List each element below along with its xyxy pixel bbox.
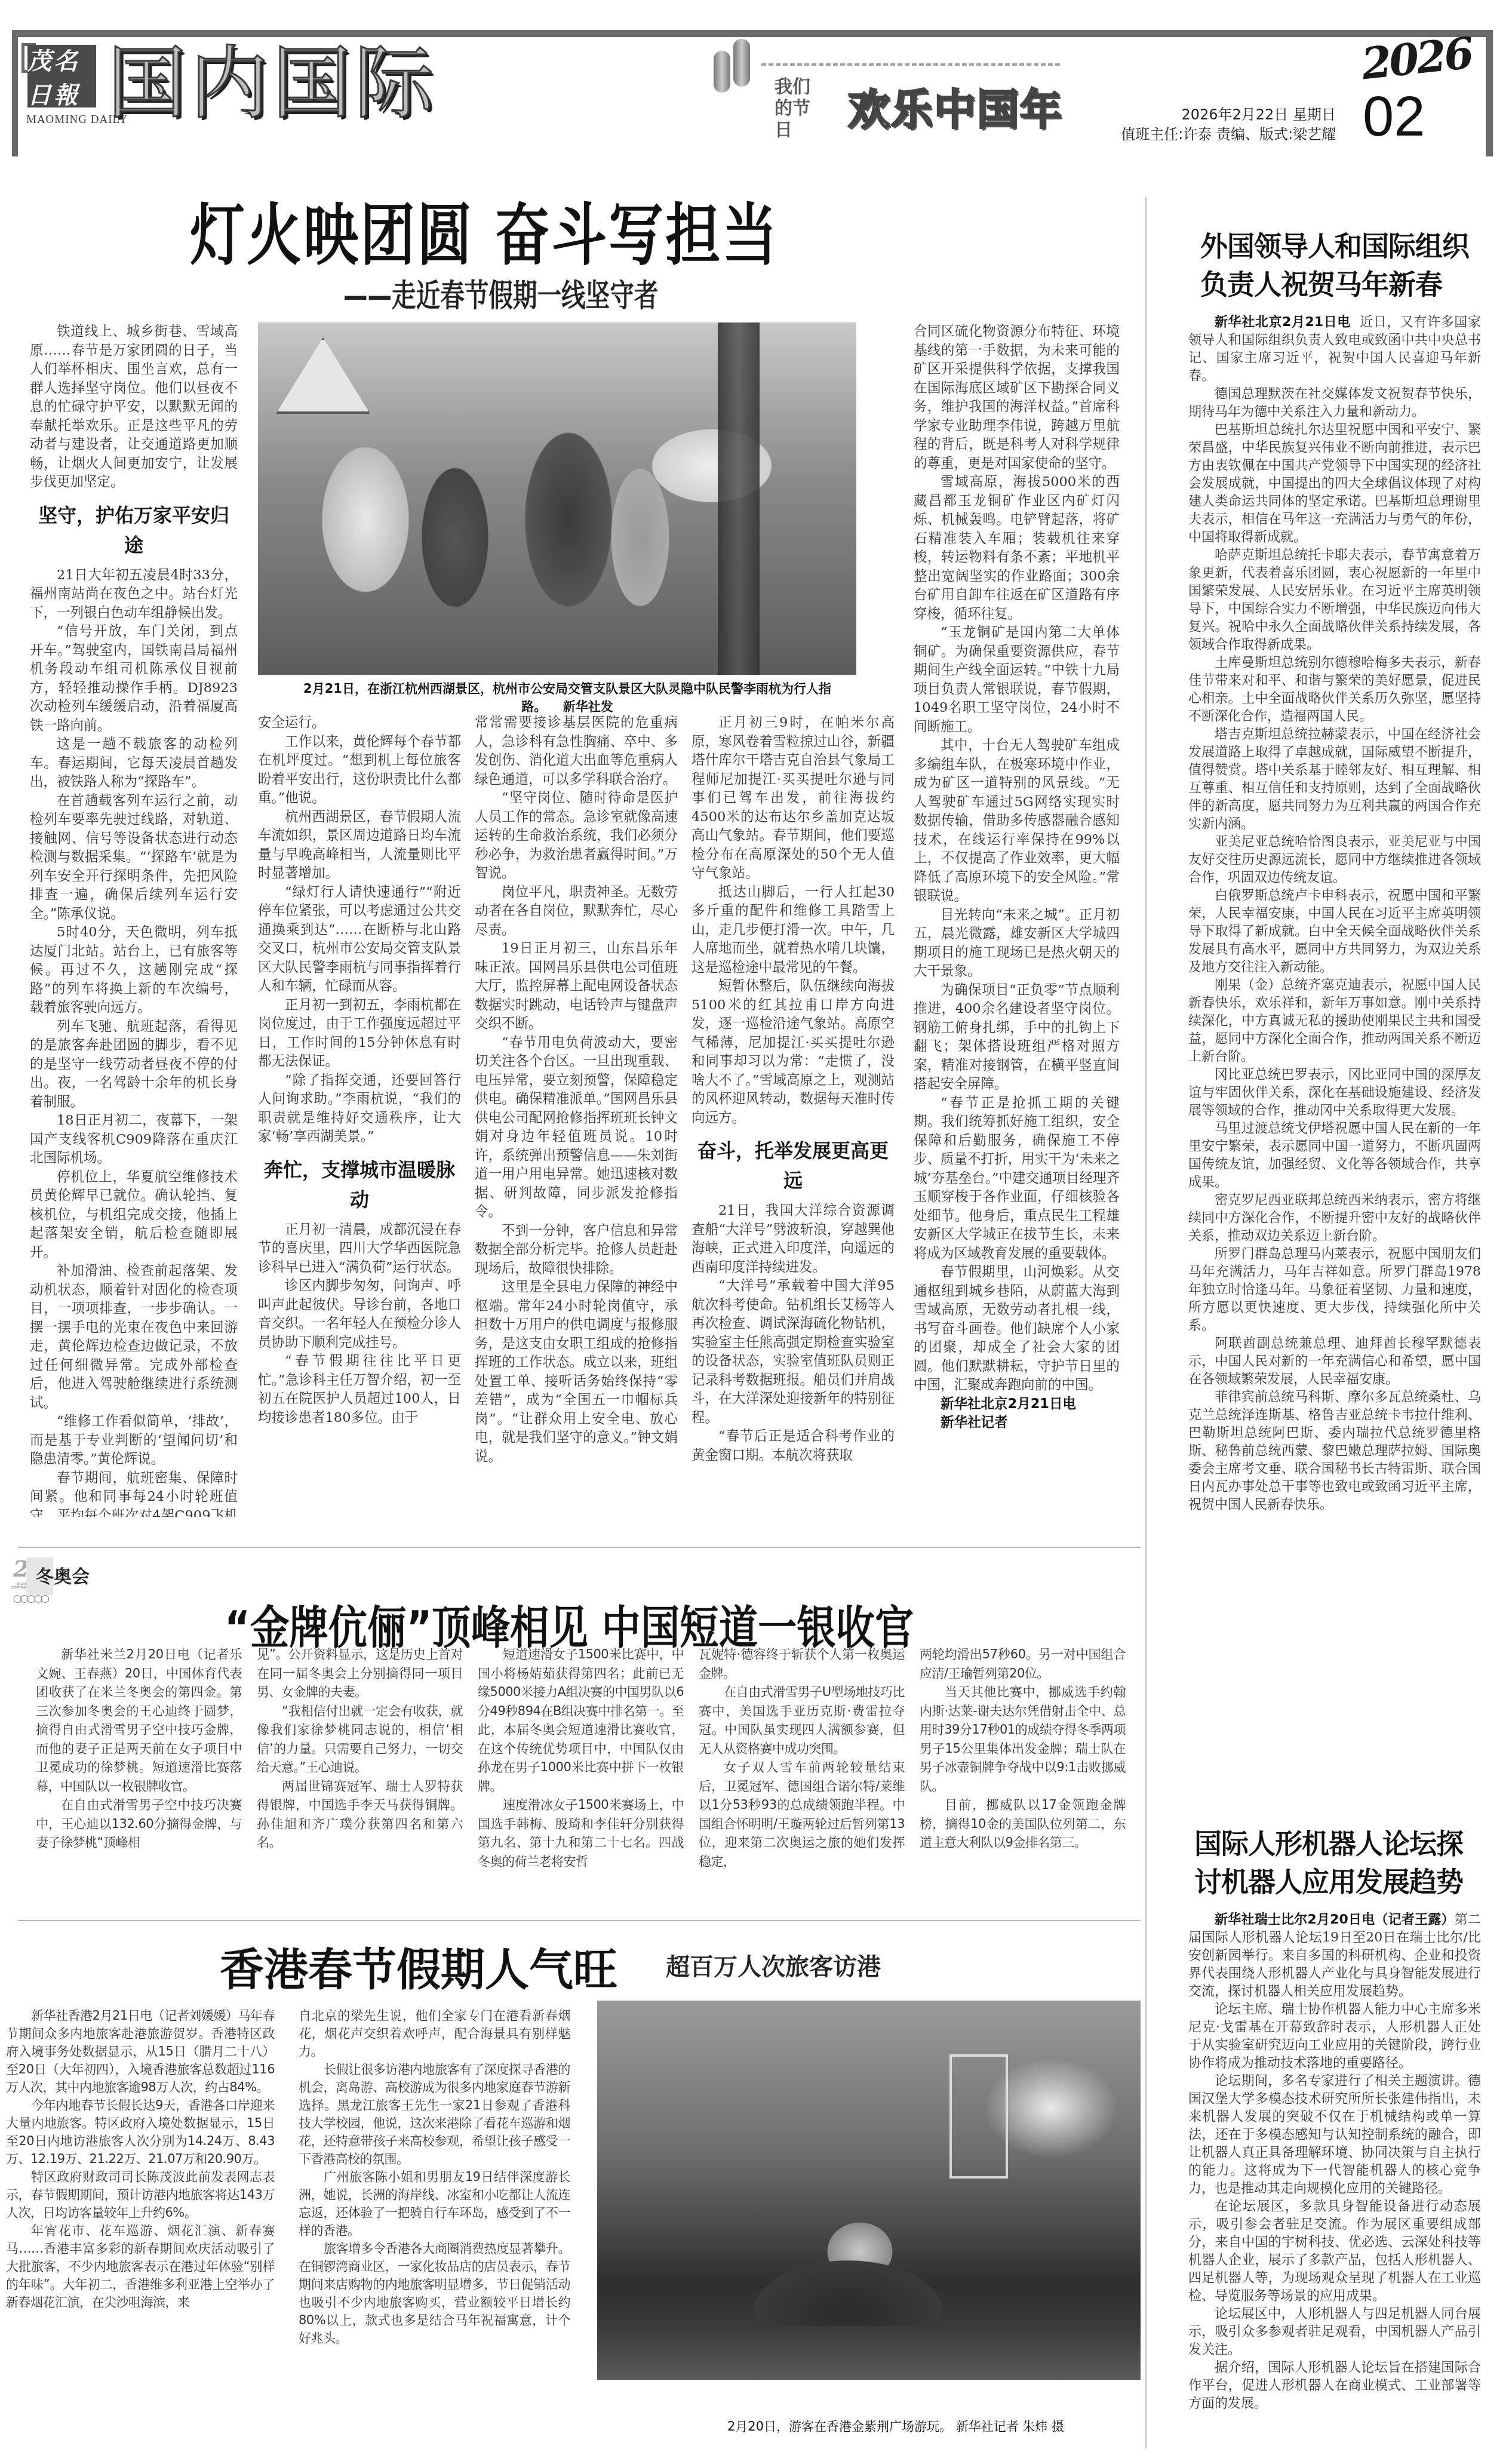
paragraph: “玉龙铜矿是国内第二大单体铜矿。为确保重要资源供应，春节期间生产线全面运转。”中…: [914, 623, 1120, 736]
dateline: 新华社北京2月21日电: [914, 1395, 1120, 1414]
paragraph: 其中，十台无人驾驶矿车组成多编组车队，在极寒环境中作业，成为矿区一道特别的风景线…: [914, 736, 1120, 906]
column-divider: [1145, 197, 1147, 2448]
paragraph: 论坛展区中，人形机器人与四足机器人同台展示，吸引众多参观者驻足观看，中国机器人产…: [1188, 2305, 1481, 2359]
paragraph: 旅客增多令香港各大商圈消费热度显著攀升。在铜锣湾商业区，一家化妆品店的店员表示，…: [299, 2239, 570, 2347]
author-credit: 新华社记者: [914, 1414, 1120, 1433]
paragraph: 在首趟载客列车运行之前，动检列车要率先驶过线路，对轨道、接触网、信号等设备状态进…: [30, 792, 238, 924]
paragraph: “春节后正是适合科考作业的黄金窗口期。本航次将获取: [692, 1427, 895, 1465]
hongkong-subheadline: 超百万人次旅客访港: [666, 1948, 881, 1982]
paragraph: 德国总理默茨在社交媒体发文祝贺春节快乐，期待马年为德中关系注入力量和新动力。: [1188, 385, 1481, 421]
paragraph: 为确保项目“正负零”节点顺利推进，400余名建设者坚守岗位。钢筋工俯身扎绑，手中…: [914, 981, 1120, 1094]
olympics-column-2: 见”。公开资料显示，这是历史上首对在同一届冬奥会上分别摘得同一项目男、女金牌的夫…: [257, 1645, 463, 1896]
photo-credit: 新华社发: [563, 699, 613, 714]
article-intro: 铁道线上、城乡街巷、雪域高原……春节是万家团圆的日子，当人们举杯相庆、围坐言欢，…: [30, 322, 238, 492]
feature-column-1: 铁道线上、城乡街巷、雪域高原……春节是万家团圆的日子，当人们举杯相庆、围坐言欢，…: [30, 322, 238, 1517]
section-divider: [18, 1547, 1141, 1548]
paragraph: 密克罗尼西亚联邦总统西米纳表示，密方将继续同中方深化合作，不断提升密中友好的战略…: [1188, 1191, 1481, 1245]
paragraph: “信号开放，车门关闭，到点开车。”驾驶室内，国铁南昌局福州机务段动车组司机陈承仪…: [30, 622, 238, 735]
paragraph: 补加滑油、检查前起落架、发动机状态，顺着针对固化的检查项目，一项项排查，一步步确…: [30, 1262, 238, 1412]
paragraph: 正月初一清晨，成都沉浸在春节的喜庆里，四川大学华西医院急诊科早已进入“满负荷”运…: [258, 1221, 461, 1277]
paragraph: 女子双人雪车前两轮较量结束后，卫冕冠军、德国组合诺尔特/莱维以1分53秒93的总…: [699, 1758, 905, 1871]
paragraph: 列车飞驰、航班起落，看得见的是旅客奔赴团圆的脚步，看不见的是坚守一线劳动者昼夜不…: [30, 1018, 238, 1112]
section-divider: [18, 1920, 1141, 1921]
paragraph: 在自由式滑雪男子空中技巧决赛中，王心迪以132.60分摘得金牌，与妻子徐梦桃“顶…: [36, 1796, 242, 1852]
hongkong-headline: 香港春节假期人气旺: [220, 1935, 617, 1998]
newspaper-logo-text: 茂名日報: [27, 42, 96, 110]
paragraph: “坚守岗位、随时待命是医护人员工作的常态。急诊室就像高速运转的生命救治系统，我们…: [475, 789, 678, 883]
page-number: 02: [1363, 88, 1425, 145]
newspaper-logo: 茂名日報: [27, 45, 96, 107]
paragraph: 这是一趟不载旅客的动检列车。春运期间，它每天凌晨首趟发出，被铁路人称为“探路车”…: [30, 735, 238, 792]
paragraph: 据介绍，国际人形机器人论坛旨在搭建国际合作平台，促进人形机器人在商业模式、工业部…: [1188, 2359, 1481, 2413]
feature-column-3: 常常需要接诊基层医院的危重病人，急诊科有急性胸痛、卒中、多发创伤、消化道大出血等…: [475, 714, 678, 1517]
paragraph: 诊区内脚步匆匆，问询声、呼叫声此起彼伏。导诊台前，各地口音交织。一名年轻人在预检…: [258, 1277, 461, 1352]
paragraph: “我相信付出就一定会有收获，就像我们家徐梦桃同志说的，相信‘相信’的力量。只需要…: [257, 1702, 463, 1777]
paragraph: 土库曼斯坦总统别尔德穆哈梅多夫表示，新春佳节带来对和平、和谐与繁荣的美好愿景，促…: [1188, 654, 1481, 726]
feature-photo-caption: 2月21日，在浙江杭州西湖景区，杭州市公安局交管支队景区大队灵隐中队民警李雨杭为…: [299, 680, 836, 715]
paragraph: 新华社香港2月21日电（记者刘媛媛）马年春节期间众多内地旅客赴港旅游贺岁。香港特…: [6, 2007, 275, 2096]
feature-column-4: 正月初三9时，在帕米尔高原，寒风卷着雪粒掠过山谷，新疆塔什库尔干塔吉克自治县气象…: [692, 714, 895, 1517]
paragraph: 今年内地春节长假长达9天，香港各口岸迎来大量内地旅客。特区政府入境处数据显示，1…: [6, 2096, 275, 2168]
hongkong-column-1: 新华社香港2月21日电（记者刘媛媛）马年春节期间众多内地旅客赴港旅游贺岁。香港特…: [6, 2007, 275, 2448]
paragraph: 两届世锦赛冠军、瑞士人罗特获得银牌，中国选手李天马获得铜牌。孙佳旭和齐广璞分获第…: [257, 1777, 463, 1852]
sidebar-greetings-body: 新华社北京2月21日电 近日，又有许多国家领导人和国际组织负责人致电或致函中共中…: [1188, 314, 1481, 1759]
paragraph: 哈萨克斯坦总统托卡耶夫表示，春节寓意着万象更新，代表着喜乐团圆，衷心祝愿新的一年…: [1188, 546, 1481, 654]
paragraph: 速度滑冰女子1500米赛场上，中国选手韩梅、殷琦和李佳轩分别获得第九名、第十九和…: [478, 1796, 684, 1871]
paragraph: “春节正是抢抓工期的关键期。我们统筹抓好施工组织，安全保障和后勤服务，确保施工不…: [914, 1094, 1120, 1264]
paragraph: 目光转向“未来之城”。正月初五，晨光微露，雄安新区大学城四期项目的施工现场已是热…: [914, 906, 1120, 981]
feature-column-5: 合同区硫化物资源分布特征、环境基线的第一手数据，为未来可能的矿区开采提供科学依据…: [914, 322, 1120, 1517]
paragraph: 所罗门群岛总理马内莱表示，祝愿中国朋友们马年充满活力，马年吉祥如意。所罗门群岛1…: [1188, 1245, 1481, 1335]
hongkong-photo-caption: 2月20日，游客在香港金紫荆广场游玩。 新华社记者 朱炜 摄: [657, 2417, 1135, 2435]
paragraph: 21日，我国大洋综合资源调查船“大洋号”劈波斩浪，穿越巽他海峡，正式进入印度洋，…: [692, 1202, 895, 1277]
paragraph: “春节用电负荷波动大，要密切关注各个台区。一旦出现重载、电压异常，要立刻预警，保…: [475, 1034, 678, 1222]
paragraph: 年宵花市、花车巡游、烟花汇演、新春赛马……香港丰富多彩的新春期间欢庆活动吸引了大…: [6, 2222, 275, 2311]
festival-label: 我们的节日: [775, 76, 822, 141]
sidebar-headline: 外国领导人和国际组织负责人祝贺马年新春: [1200, 227, 1487, 303]
paragraph: 抵达山脚后，一行人扛起30多斤重的配件和维修工具踏雪上山，走几步便打滑一次。中午…: [692, 883, 895, 978]
hongkong-photo: [597, 2001, 1141, 2380]
sidebar-headline: 国际人形机器人论坛探讨机器人应用发展趋势: [1194, 1824, 1487, 1901]
paragraph: 目前，挪威队以17金领跑金牌榜，摘得10金的美国队位列第二，东道主意大利队以9金…: [920, 1796, 1126, 1852]
paragraph: 21日大年初五凌晨4时33分，福州南站尚在夜色之中。站台灯光下，一列银白色动车组…: [30, 566, 238, 623]
lantern-icon: [733, 39, 750, 87]
lattice-ornament-top: [761, 36, 1060, 66]
dateline: 新华社瑞士比尔2月20日电（记者王露）: [1215, 1912, 1455, 1927]
paragraph: 自北京的梁先生说，他们全家专门在港看新春烟花，烟花声交织着欢呼声，配合海景具有别…: [299, 2007, 570, 2060]
paragraph: 工作以来，黄伦辉每个春节都在机坪度过。“想到机上每位旅客盼着平安出行，这份职责比…: [258, 733, 461, 808]
section-heading: 坚守，护佑万家平安归途: [30, 500, 238, 560]
feature-column-2: 安全运行。 工作以来，黄伦辉每个春节都在机坪度过。“想到机上每位旅客盼着平安出行…: [258, 714, 461, 1517]
feature-headline: 灯火映团圆 奋斗写担当: [190, 197, 779, 275]
paragraph: 阿联酋副总统兼总理、迪拜酋长穆罕默德表示，中国人民对新的一年充满信心和希望，愿中…: [1188, 1335, 1481, 1388]
paragraph: 这里是全县电力保障的神经中枢端。常年24小时轮岗值守，承担数十万用户的供电调度与…: [475, 1278, 678, 1466]
festival-banner: 欢乐中国年: [848, 76, 1063, 137]
paragraph: 当天其他比赛中，挪威选手约翰内斯·达莱-谢夫达尔凭借射击全中、总用时39分17秒…: [920, 1683, 1126, 1796]
olympics-column-4: 瓦妮特·德容终于斩获个人第一枚奥运金牌。 在自由式滑雪男子U型场地技巧比赛中，美…: [699, 1645, 905, 1896]
paragraph: 广州旅客陈小姐和男朋友19日结伴深度游长洲，她说，长洲的海岸线、冰室和小吃都让人…: [299, 2168, 570, 2239]
section-heading: 奋斗，托举发展更高更远: [692, 1136, 895, 1196]
paragraph: “维修工作看似简单，‘排故’，而是基于专业判断的‘望闻问切’和隐患清零。”黄伦辉…: [30, 1412, 238, 1469]
paragraph: “大洋号”承载着中国大洋95航次科考使命。钻机组长艾杨等人再次检查、调试深海硫化…: [692, 1277, 895, 1427]
paragraph: “绿灯行人请快速通行”“附近停车位紧张，可以考虑通过公共交通换乘到达”……在断桥…: [258, 883, 461, 996]
paragraph: 在论坛展区，多款具身智能设备进行动态展示，吸引参会者驻足交流。作为展区重要组成部…: [1188, 2198, 1481, 2305]
olympics-tag-label: 冬奥会: [36, 1562, 90, 1588]
paragraph: 短道速滑女子1500米比赛中，中国小将杨婧茹获得第四名；此前已无缘5000米接力…: [478, 1645, 684, 1796]
paragraph: 春节期间，航班密集、保障时间紧。他和同事每24小时轮班值守，平均每个班次对4架C…: [30, 1469, 238, 1517]
olympics-column-1: 新华社米兰2月20日电（记者乐文婉、王春燕）20日，中国体育代表团收获了在米兰冬…: [36, 1645, 242, 1896]
paragraph: 瓦妮特·德容终于斩获个人第一枚奥运金牌。: [699, 1645, 905, 1683]
section-title: 国内国际: [107, 39, 437, 128]
paragraph: 巴基斯坦总统扎尔达里祝愿中国和平安宁、繁荣昌盛，中华民族复兴伟业不断向前推进，表…: [1188, 421, 1481, 546]
paragraph: 春节假期里，山河焕彩。从交通枢纽到城乡巷陌，从蔚蓝大海到雪域高原，无数劳动者扎根…: [914, 1263, 1120, 1395]
section-heading: 奔忙，支撑城市温暖脉动: [258, 1155, 461, 1215]
olympics-column-5: 两轮均滑出57秒60。另一对中国组合应清/王瑜暂列第20位。 当天其他比赛中，挪…: [920, 1645, 1126, 1896]
issue-date: 2026年2月22日 星期日: [1181, 103, 1336, 124]
paragraph: 雪域高原，海拔5000米的西藏昌都玉龙铜矿作业区内矿灯闪烁、机械轰鸣。电铲臂起落…: [914, 473, 1120, 623]
paragraph: 马里过渡总统戈伊塔祝愿中国人民在新的一年里安宁繁荣，表示愿同中国一道努力，不断巩…: [1188, 1120, 1481, 1191]
paragraph: 见”。公开资料显示，这是历史上首对在同一届冬奥会上分别摘得同一项目男、女金牌的夫…: [257, 1645, 463, 1702]
paragraph: 常常需要接诊基层医院的危重病人，急诊科有急性胸痛、卒中、多发创伤、消化道大出血等…: [475, 714, 678, 789]
paragraph: 5时40分，天色微明，列车抵达厦门北站。站台上，已有旅客等候。再过不久，这趟刚完…: [30, 923, 238, 1018]
paragraph: 短暂休整后，队伍继续向海拔5100米的红其拉甫口岸方向进发，逐一巡检沿途气象站。…: [692, 977, 895, 1127]
paragraph: 18日正月初二，夜幕下，一架国产支线客机C909降落在重庆江北国际机场。: [30, 1111, 238, 1168]
olympic-rings-icon: ◯◯◯◯◯: [13, 1594, 48, 1603]
paragraph: 塔吉克斯坦总统拉赫蒙表示，中国在经济社会发展道路上取得了卓越成就，国际威望不断提…: [1188, 726, 1481, 833]
paragraph: 19日正月初三，山东昌乐年味正浓。国网昌乐县供电公司值班大厅，监控屏幕上配电网设…: [475, 939, 678, 1034]
paragraph: 亚美尼亚总统哈恰图良表示，亚美尼亚与中国友好交往历史源远流长，愿同中方继续推进各…: [1188, 833, 1481, 887]
paragraph: 两轮均滑出57秒60。另一对中国组合应清/王瑜暂列第20位。: [920, 1645, 1126, 1683]
paragraph: “除了指挥交通，还要回答行人问询求助。”李雨杭说，“我们的职责就是维持好交通秩序…: [258, 1071, 461, 1147]
editor-credits: 值班主任:许泰 责编、版式:梁艺耀: [1121, 122, 1336, 143]
paragraph: 停机位上，华夏航空维修技术员黄伦辉早已就位。确认轮挡、复核机位，与机组完成交接，…: [30, 1168, 238, 1262]
dateline: 新华社北京2月21日电: [1215, 315, 1351, 330]
paragraph: 长假让很多访港内地旅客有了深度探寻香港的机会，离岛游、高校游成为很多内地家庭春节…: [299, 2060, 570, 2168]
frame-border-right: [1486, 37, 1493, 156]
paragraph: 论坛期间，多名专家进行了相关主题演讲。德国汉堡大学多模态技术研究所所长张建伟指出…: [1188, 2072, 1481, 2198]
paragraph: 杭州西湖景区，春节假期人流车流如织，景区周边道路日均车流量与早晚高峰相当，人流量…: [258, 808, 461, 883]
paragraph: 岗位平凡，职责神圣。无数劳动者在各自岗位，默默奔忙，尽心尽责。: [475, 883, 678, 940]
paragraph: “春节假期往往比平日更忙。”急诊科主任万智介绍，初一至初五在院医护人员超过100…: [258, 1352, 461, 1427]
paragraph: 论坛主席、瑞士协作机器人能力中心主席多米尼克·戈雷基在开幕致辞时表示，人形机器人…: [1188, 2001, 1481, 2072]
sidebar-robots-body: 新华社瑞士比尔2月20日电（记者王露）第二届国际人形机器人论坛19日至20日在瑞…: [1188, 1911, 1481, 2448]
feature-subheadline: ——走近春节假期一线坚守者: [343, 271, 658, 315]
paragraph: 正月初一到初五，李雨杭都在岗位度过，由于工作强度远超过平日，工作时间的15分钟休…: [258, 996, 461, 1071]
paragraph: 菲律宾前总统马科斯、摩尔多瓦总统桑杜、乌克兰总统泽连斯基、格鲁吉亚总统卡韦拉什维…: [1188, 1388, 1481, 1514]
paragraph: 特区政府财政司司长陈茂波此前发表网志表示，春节假期期间，预计访港内地旅客将达14…: [6, 2168, 275, 2222]
paragraph: 冈比亚总统巴罗表示，冈比亚同中国的深厚友谊与牢固伙伴关系，深化在基础设施建设、经…: [1188, 1066, 1481, 1120]
paragraph: 不到一分钟，客户信息和异常数据全部分析完毕。抢修人员赶赴现场后，故障很快排除。: [475, 1222, 678, 1279]
hongkong-column-2: 自北京的梁先生说，他们全家专门在港看新春烟花，烟花声交织着欢呼声，配合海景具有别…: [299, 2007, 570, 2448]
paragraph: 安全运行。: [258, 714, 461, 733]
lantern-icon: [714, 51, 730, 93]
feature-photo: [258, 322, 856, 675]
paragraph: 正月初三9时，在帕米尔高原，寒风卷着雪粒掠过山谷，新疆塔什库尔干塔吉克自治县气象…: [692, 714, 895, 883]
paragraph: 在自由式滑雪男子U型场地技巧比赛中，美国选手亚历克斯·费雷拉夺冠。中国队虽实现四…: [699, 1683, 905, 1758]
paragraph: 刚果（金）总统齐塞克迪表示，祝愿中国人民新春快乐，欢乐祥和，新年万事如意。刚中关…: [1188, 976, 1481, 1066]
paragraph: 白俄罗斯总统卢卡申科表示，祝愿中国和平繁荣，人民幸福安康，中国人民在习近平主席英…: [1188, 887, 1481, 976]
paragraph: 新华社米兰2月20日电（记者乐文婉、王春燕）20日，中国体育代表团收获了在米兰冬…: [36, 1645, 242, 1796]
olympics-column-3: 短道速滑女子1500米比赛中，中国小将杨婧茹获得第四名；此前已无缘5000米接力…: [478, 1645, 684, 1896]
paragraph: 合同区硫化物资源分布特征、环境基线的第一手数据，为未来可能的矿区开采提供科学依据…: [914, 322, 1120, 473]
